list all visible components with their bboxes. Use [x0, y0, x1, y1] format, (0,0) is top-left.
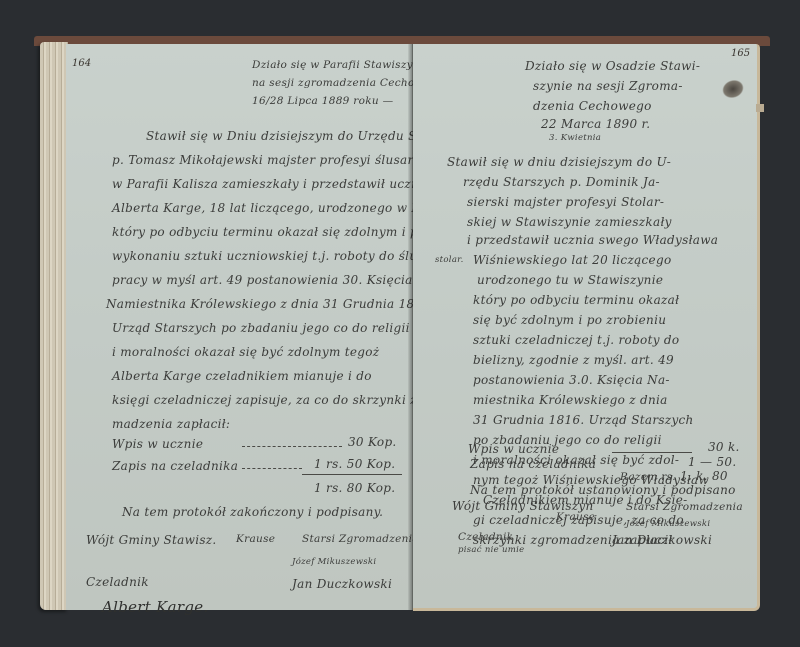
fee-leader: [612, 452, 692, 453]
fee-amount: 30 k.: [708, 441, 740, 453]
page-number: 164: [72, 58, 91, 69]
elder-signature: Jan Duczkowski: [612, 534, 712, 546]
journeyman-title: Czeladnik: [458, 532, 513, 543]
fee-label: Zapis na czeladnika: [112, 460, 238, 472]
elder-signature: Józef Mikuszewski: [292, 558, 376, 567]
fee-total: 1 rs. 80 Kop.: [314, 482, 395, 494]
fee-total: 1. k. 80: [680, 470, 728, 482]
closing-line: Na tem protokół ustanowiony i podpisano: [470, 484, 736, 496]
body-line: i moralności okazał się być zdolnym tego…: [112, 346, 379, 358]
elders-title: Starsi Zgromadzenia: [302, 534, 419, 545]
body-line: p. Tomasz Mikołajewski majster profesyi …: [112, 154, 443, 166]
body-line: księgi czeladniczej zapisuje, za co do s…: [112, 394, 443, 406]
fee-label: Zapis na czeladnika: [470, 458, 596, 470]
official-title: Wójt Gminy Stawisz.: [86, 534, 217, 546]
journeyman-title: Czeladnik: [86, 576, 149, 588]
journeyman-signature: Albert Karge.: [102, 600, 209, 615]
page-tab: [756, 104, 764, 112]
fee-total-label: Razem rs.: [620, 472, 676, 483]
body-line: pracy w myśl art. 49 postanowienia 30. K…: [112, 274, 413, 286]
page-edges: [40, 42, 68, 610]
header-date: 16/28 Lipca 1889 roku —: [252, 96, 393, 107]
fee-amount: 1 — 50.: [688, 456, 736, 468]
fee-amount: 30 Kop.: [348, 436, 397, 448]
body-line: Alberta Karge, 18 lat liczącego, urodzon…: [112, 202, 457, 214]
fee-label: Wpis w ucznie: [468, 443, 559, 455]
elders-title: Starsi Zgromadzenia: [626, 502, 743, 513]
left-page: 164 Działo się w Parafii Stawiszyńskiej …: [66, 44, 413, 610]
fee-leader: [242, 446, 342, 448]
fee-label: Wpis w ucznie: [112, 438, 203, 450]
body-line: który po odbyciu terminu okazał się zdol…: [112, 226, 425, 238]
body-line: Namiestnika Królewskiego z dnia 31 Grudn…: [106, 298, 434, 310]
official-signature: Krause: [236, 534, 275, 545]
body-line: Alberta Karge czeladnikiem mianuje i do: [112, 370, 372, 382]
body-line: Urząd Starszych po zbadaniu jego co do r…: [112, 322, 410, 334]
journeyman-note: pisać nie umie: [458, 546, 524, 555]
elder-signature: Jan Duczkowski: [292, 578, 392, 590]
official-signature: Krause: [556, 512, 595, 523]
elder-signature: Józef Mikuszewski: [626, 520, 710, 529]
sum-rule: [302, 474, 402, 475]
fee-leader: [242, 468, 302, 470]
fee-amount: 1 rs. 50 Kop.: [314, 458, 395, 470]
body-line: madzenia zapłacił:: [112, 418, 230, 430]
closing-line: Na tem protokół zakończony i podpisany.: [122, 506, 383, 518]
scanned-book-image: 164 Działo się w Parafii Stawiszyńskiej …: [0, 0, 800, 647]
